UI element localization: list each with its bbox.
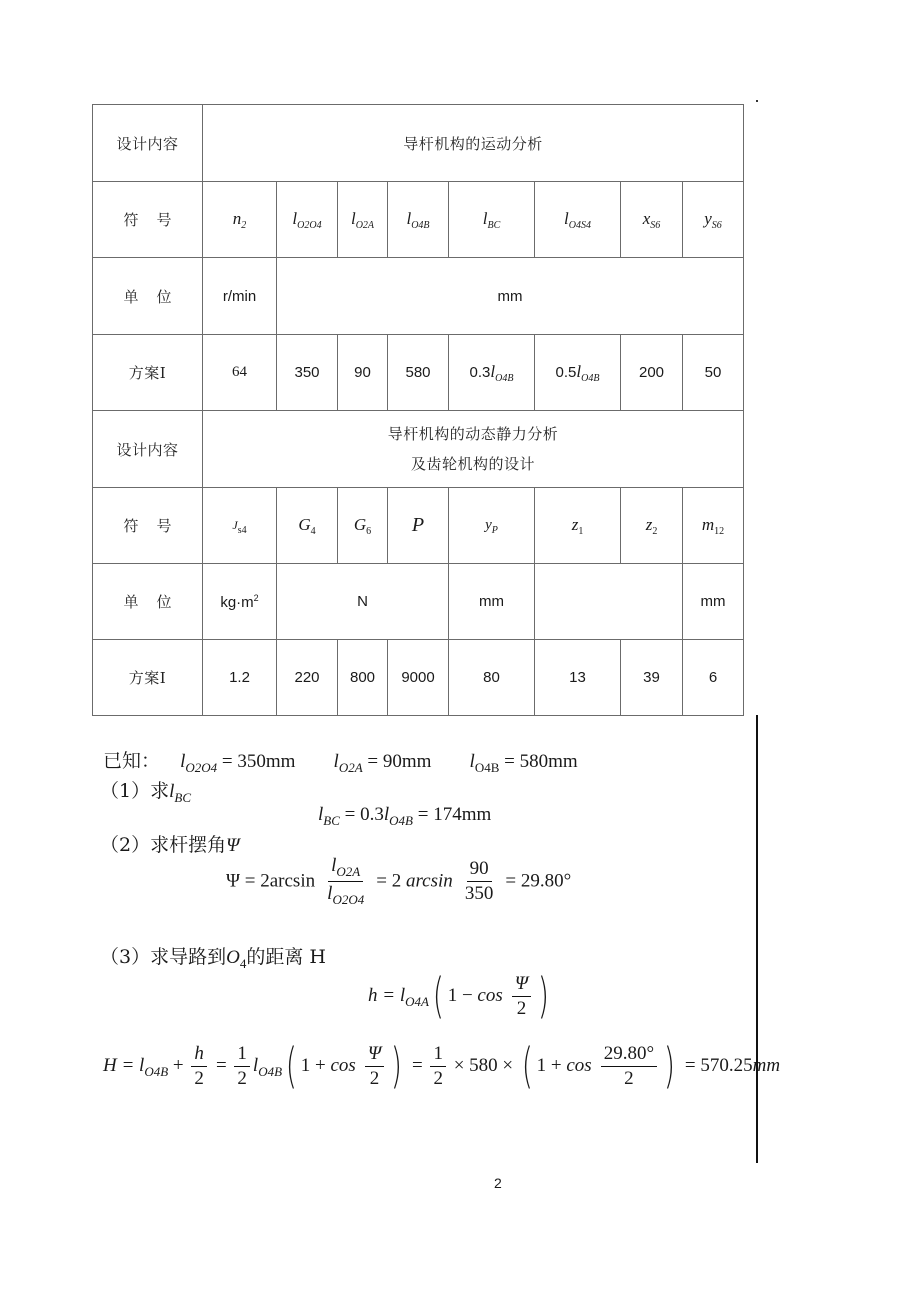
symbol-lo2a: lO2A [338,182,388,258]
step3-equation-H: H = lO4B + h2 = 12lO4B(1 + cos Ψ2) = 12 … [103,1042,780,1090]
design-parameter-table: 设计内容 导杆机构的运动分析 符号 n2 lO2O4 lO2A lO4B lBC… [92,104,744,716]
value-n2: 64 [203,335,277,411]
scheme-label: 方案Ⅰ [93,640,203,716]
value-p: 9000 [388,640,449,716]
step1-equation: lBC = 0.3lO4B = 174mm [318,803,491,829]
given-lo2a: = 90mm [363,751,432,772]
scheme-label: 方案Ⅰ [93,335,203,411]
section2-header-row: 设计内容 导杆机构的动态静力分析 及齿轮机构的设计 [93,411,744,488]
symbol-ys6: yS6 [683,182,744,258]
value-z1: 13 [535,640,621,716]
vertical-rule [756,715,758,1163]
symbol-js4: Js4 [203,488,277,564]
unit-kgm2: kg·m2 [203,564,277,640]
value-lo4b: 580 [388,335,449,411]
value-lbc: 0.3lO4B [449,335,535,411]
section1-symbol-row: 符号 n2 lO2O4 lO2A lO4B lBC lO4S4 xS6 yS6 [93,182,744,258]
symbol-label: 符号 [93,182,203,258]
value-xs6: 200 [621,335,683,411]
given-line: 已知： lO2O4 = 350mm lO2A = 90mm lO4B = 580… [103,746,578,776]
unit-label: 单位 [93,258,203,335]
symbol-label: 符号 [93,488,203,564]
value-lo4s4: 0.5lO4B [535,335,621,411]
symbol-p: P [388,488,449,564]
unit-mm-m12: mm [683,564,744,640]
symbol-yp: yP [449,488,535,564]
unit-n: N [277,564,449,640]
unit-mm-yp: mm [449,564,535,640]
step2-heading: （2）求杆摆角Ψ [100,830,239,857]
given-label: 已知： [103,750,160,772]
section1-title: 导杆机构的运动分析 [203,105,744,182]
symbol-lbc: lBC [449,182,535,258]
section2-title-line1: 导杆机构的动态静力分析 [203,419,743,449]
symbol-lo4b: lO4B [388,182,449,258]
value-lo2a: 90 [338,335,388,411]
section2-label: 设计内容 [93,411,203,488]
step3-result: = 570.25 [685,1055,753,1076]
section1-unit-row: 单位 r/min mm [93,258,744,335]
symbol-z1: z1 [535,488,621,564]
symbol-g4: G4 [277,488,338,564]
section2-title: 导杆机构的动态静力分析 及齿轮机构的设计 [203,411,744,488]
symbol-xs6: xS6 [621,182,683,258]
value-js4: 1.2 [203,640,277,716]
unit-label: 单位 [93,564,203,640]
step2-result: = 29.80° [505,870,571,891]
value-g4: 220 [277,640,338,716]
value-g6: 800 [338,640,388,716]
step3-heading: （3）求导路到O4的距离 H [100,942,326,972]
given-lo2o4: = 350mm [217,751,295,772]
page-number: 2 [494,1175,502,1191]
section2-symbol-row: 符号 Js4 G4 G6 P yP z1 z2 m12 [93,488,744,564]
unit-mm: mm [277,258,744,335]
value-lo2o4: 350 [277,335,338,411]
given-lo4b: = 580mm [499,751,577,772]
section1-value-row: 方案Ⅰ 64 350 90 580 0.3lO4B 0.5lO4B 200 50 [93,335,744,411]
symbol-m12: m12 [683,488,744,564]
fraction-90-350: 90 350 [462,858,497,905]
unit-rpm: r/min [203,258,277,335]
unit-empty [535,564,683,640]
step1-heading: （1）求lBC [100,776,191,806]
step2-equation: Ψ = 2arcsin lO2A lO2O4 = 2 arcsin 90 350… [226,855,571,908]
symbol-g6: G6 [338,488,388,564]
section1-header-row: 设计内容 导杆机构的运动分析 [93,105,744,182]
symbol-lo2o4: lO2O4 [277,182,338,258]
section2-title-line2: 及齿轮机构的设计 [203,449,743,479]
section1-label: 设计内容 [93,105,203,182]
section2-value-row: 方案Ⅰ 1.2 220 800 9000 80 13 39 6 [93,640,744,716]
symbol-lo4s4: lO4S4 [535,182,621,258]
step3-equation-h: h = lO4A(1 − cos Ψ2) [368,972,553,1020]
value-z2: 39 [621,640,683,716]
value-m12: 6 [683,640,744,716]
symbol-n2: n2 [203,182,277,258]
symbol-z2: z2 [621,488,683,564]
section2-unit-row: 单位 kg·m2 N mm mm [93,564,744,640]
value-ys6: 50 [683,335,744,411]
value-yp: 80 [449,640,535,716]
stray-dot [756,100,758,102]
fraction-lo2a-lo2o4: lO2A lO2O4 [324,855,367,908]
